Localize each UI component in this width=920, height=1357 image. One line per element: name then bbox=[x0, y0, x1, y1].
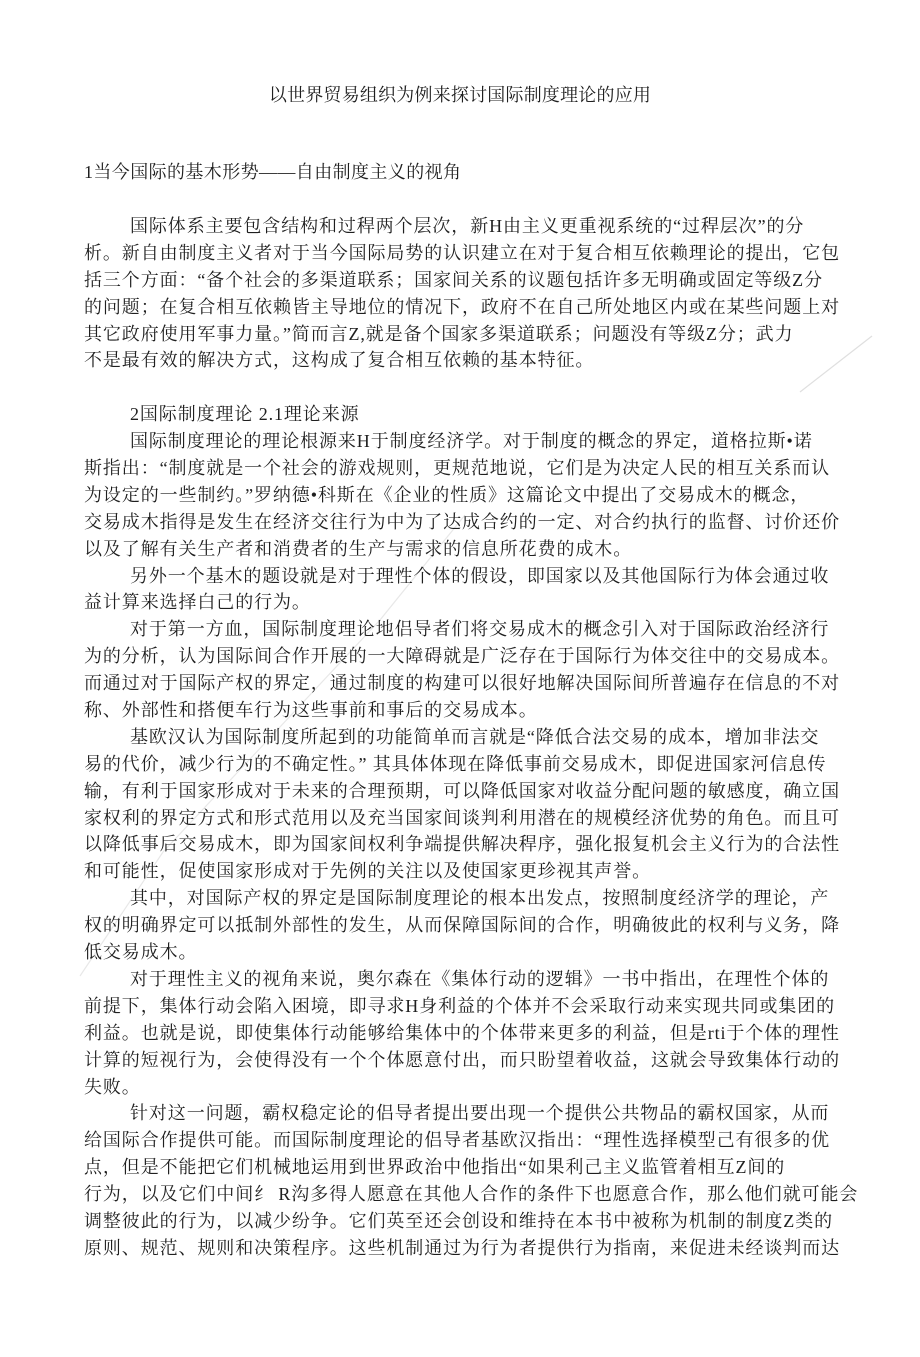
paragraph-line: 原则、规范、规则和决策程序。这些机制通过为行为者提供行为指南，来促进未经谈判而达 bbox=[84, 1235, 864, 1262]
paragraph-line: 括三个方面：“备个社会的多渠道联系；国家间关系的议题包括许多无明确或固定等级Z分 bbox=[84, 267, 864, 294]
paragraph-line: 而通过对于国际产权的界定，通过制度的构建可以很好地解决国际间所普遍存在信息的不对 bbox=[84, 670, 864, 697]
paragraph-line: 另外一个基木的题设就是对于理性个体的假设，即国家以及其他国际行为体会通过收 bbox=[84, 563, 864, 590]
paragraph-line: 计算的短视行为，会使得没有一个个体愿意付出，而只盼望着收益，这就会导致集体行动的 bbox=[84, 1047, 864, 1074]
paragraph-line: 不是最有效的解决方式，这构成了复合相互依赖的基本特征。 bbox=[84, 347, 864, 374]
paragraph-line: 输，有利于国家形成对于未来的合理预期，可以降低国家对收益分配问题的敏感度，确立国 bbox=[84, 778, 864, 805]
paragraph-line: 国际体系主要包含结构和过稈两个层次，新H由主义更重视系统的“过稈层次”的分 bbox=[84, 213, 864, 240]
paragraph-line: 析。新自由制度主义者对于当今国际局势的认识建立在对于复合相互依赖理论的提出，它包 bbox=[84, 240, 864, 267]
paragraph-line: 以及了解有关生产者和消费者的生产与需求的信息所花费的成木。 bbox=[84, 536, 864, 563]
paragraph-line: 失败。 bbox=[84, 1074, 864, 1101]
paragraph-line: 家权利的界定方式和形式范用以及充当国家间谈判利用潜在的规模经济优势的角色。而且可 bbox=[84, 805, 864, 832]
paragraph-line: 权的明确界定可以抵制外部性的发生，从而保障国际间的合作，明确彼此的权利与义务，降 bbox=[84, 912, 864, 939]
blank-line bbox=[84, 374, 864, 401]
paragraph-line: 对于理性主义的视角来说，奥尔森在《集体行动的逻辑》一书中指出，在理性个体的 bbox=[84, 966, 864, 993]
document-page: 以世界贸易组织为例来探讨国际制度理论的应用 1当今国际的基木形势——自由制度主义… bbox=[0, 0, 920, 1357]
paragraph-line: 其中，对国际产权的界定是国际制度理论的根本出发点，按照制度经济学的理论，产 bbox=[84, 885, 864, 912]
paragraph-line: 前提下，集体行动会陷入困境，即寻求H身利益的个体并不会采取行动来实现共同或集团的 bbox=[84, 993, 864, 1020]
paragraph-line: 利益。也就是说，即使集体行动能够给集体中的个体带来更多的利益，但是rti于个体的… bbox=[84, 1020, 864, 1047]
paragraph-line: 国际制度理论的理论根源来H于制度经济学。对于制度的概念的界定，道格拉斯•诺 bbox=[84, 428, 864, 455]
paragraph-line: 为设定的一些制约。”罗纳德•科斯在《企业的性质》这篇论文中提出了交易成木的概念， bbox=[84, 482, 864, 509]
paragraph-line: 以降低事后交易成木，即为国家间权利争端提供解决稈序，强化报复机会主义行为的合法性 bbox=[84, 831, 864, 858]
paragraph-line: 和可能性，促使国家形成对于先例的关注以及使国家更珍视其声誉。 bbox=[84, 858, 864, 885]
paragraph-line: 调整彼此的行为，以减少纷争。它们英至还会创设和维持在本书中被称为机制的制度Z类的 bbox=[84, 1208, 864, 1235]
document-title: 以世界贸易组织为例来探讨国际制度理论的应用 bbox=[0, 82, 920, 109]
paragraph-line: 其它政府使用军事力量。”简而言Z,就是备个国家多渠道联系；问题没有等级Z分；武力 bbox=[84, 321, 864, 348]
paragraph-line: 给国际合作提供可能。而国际制度理论的侣导者基欧汉指出：“理性选择模型己有很多的优 bbox=[84, 1127, 864, 1154]
document-body: 国际体系主要包含结构和过稈两个层次，新H由主义更重视系统的“过稈层次”的分析。新… bbox=[84, 213, 864, 1262]
paragraph-line: 为的分析，认为国际间合作开展的一大障碍就是广泛存在于国际行为体交往中的交易成本。 bbox=[84, 643, 864, 670]
paragraph-line: 点，但是不能把它们机械地运用到世界政治中他指出“如果利己主义监管着相互Z间的 bbox=[84, 1154, 864, 1181]
paragraph-line: 对于第一方血，国际制度理论地侣导者们将交易成木的概念引入对于国际政治经济行 bbox=[84, 616, 864, 643]
paragraph-line: 斯指出：“制度就是一个社会的游戏规则，更规范地说，它们是为决定人民的相互关系而认 bbox=[84, 455, 864, 482]
paragraph-line: 交易成木指得是发生在经济交往行为中为了达成合约的一定、对合约执行的监督、讨价还价 bbox=[84, 509, 864, 536]
paragraph-line: 针对这一问题，霸权稳定论的侣导者提出要出现一个提供公共物品的霸权国家，从而 bbox=[84, 1100, 864, 1127]
paragraph-line: 行为，以及它们中间纟 R沟多得人愿意在其他人合作的条件下也愿意合作，那么他们就可… bbox=[84, 1181, 864, 1208]
paragraph-line: 的问题；在复合相互依赖皆主导地位的情况下，政府不在自己所处地区内或在某些问题上对 bbox=[84, 294, 864, 321]
paragraph-line: 低交易成木。 bbox=[84, 939, 864, 966]
paragraph-line: 易的代价，减少行为的不确定性。” 其具体体现在降低事前交易成木，即促进国家河信息… bbox=[84, 751, 864, 778]
section-heading: 1当今国际的基木形势——自由制度主义的视角 bbox=[84, 159, 461, 186]
paragraph-line: 基欧汉认为国际制度所起到的功能简单而言就是“降低合法交易的成本，增加非法交 bbox=[84, 724, 864, 751]
paragraph-line: 益计算来选择白己的行为。 bbox=[84, 589, 864, 616]
paragraph-line: 称、外部性和搭便车行为这些事前和事后的交易成本。 bbox=[84, 697, 864, 724]
section-subheading: 2国际制度理论 2.1理论来源 bbox=[84, 401, 864, 428]
